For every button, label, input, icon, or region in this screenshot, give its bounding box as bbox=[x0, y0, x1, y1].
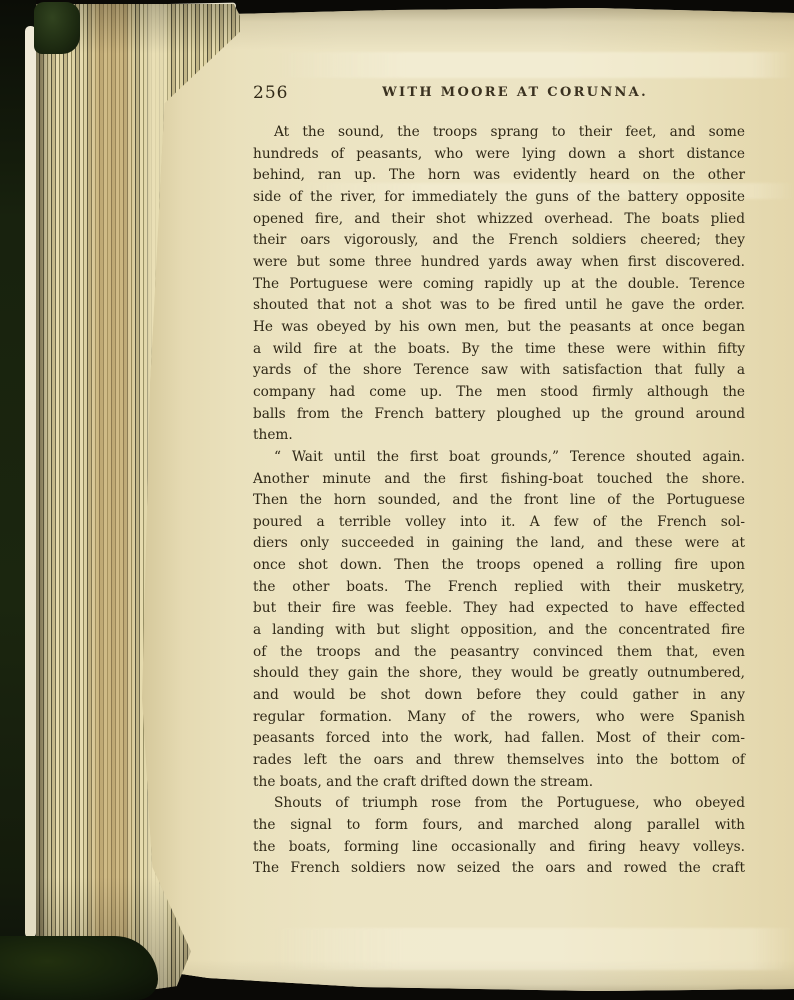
book-cover-corner-bottom bbox=[0, 936, 158, 1000]
page-header: 256 WITH MOORE AT CORUNNA. bbox=[253, 82, 745, 104]
text-line: poured a terrible volley into it. A few … bbox=[253, 512, 745, 534]
text-line: should they gain the shore, they would b… bbox=[253, 663, 745, 685]
text-line: of the troops and the peasantry convince… bbox=[253, 642, 745, 664]
text-line: opened fire, and their shot whizzed over… bbox=[253, 209, 745, 231]
text-line: rades left the oars and threw themselves… bbox=[253, 750, 745, 772]
text-line: balls from the French battery ploughed u… bbox=[253, 404, 745, 426]
body-text: At the sound, the troops sprang to their… bbox=[253, 122, 745, 880]
text-line: the signal to form fours, and marched al… bbox=[253, 815, 745, 837]
text-line: a landing with but slight opposition, an… bbox=[253, 620, 745, 642]
text-line: Shouts of triumph rose from the Portugue… bbox=[253, 793, 745, 815]
running-header: WITH MOORE AT CORUNNA. bbox=[269, 82, 761, 104]
text-line: hundreds of peasants, who were lying dow… bbox=[253, 144, 745, 166]
text-line: At the sound, the troops sprang to their… bbox=[253, 122, 745, 144]
text-block: 256 WITH MOORE AT CORUNNA. At the sound,… bbox=[253, 0, 745, 1000]
text-line: He was obeyed by his own men, but the pe… bbox=[253, 317, 745, 339]
text-line: company had come up. The men stood firml… bbox=[253, 382, 745, 404]
text-line: once shot down. Then the troops opened a… bbox=[253, 555, 745, 577]
text-line: the other boats. The French replied with… bbox=[253, 577, 745, 599]
book-cover-corner-top bbox=[34, 2, 80, 54]
text-line: the boats, forming line occasionally and… bbox=[253, 837, 745, 859]
text-line: regular formation. Many of the rowers, w… bbox=[253, 707, 745, 729]
text-line: The Portuguese were coming rapidly up at… bbox=[253, 274, 745, 296]
text-line: them. bbox=[253, 425, 745, 447]
text-line: side of the river, for immediately the g… bbox=[253, 187, 745, 209]
text-line: behind, ran up. The horn was evidently h… bbox=[253, 165, 745, 187]
text-line: The French soldiers now seized the oars … bbox=[253, 858, 745, 880]
text-line: the boats, and the craft drifted down th… bbox=[253, 772, 745, 794]
scanned-book-photo: 256 WITH MOORE AT CORUNNA. At the sound,… bbox=[0, 0, 794, 1000]
text-line: yards of the shore Terence saw with sati… bbox=[253, 360, 745, 382]
text-line: Another minute and the first fishing-boa… bbox=[253, 469, 745, 491]
fore-edge-highlight bbox=[25, 26, 36, 938]
text-line: and would be shot down before they could… bbox=[253, 685, 745, 707]
text-line: were but some three hundred yards away w… bbox=[253, 252, 745, 274]
text-line: peasants forced into the work, had falle… bbox=[253, 728, 745, 750]
text-line: diers only succeeded in gaining the land… bbox=[253, 533, 745, 555]
text-line: their oars vigorously, and the French so… bbox=[253, 230, 745, 252]
text-line: “ Wait until the first boat grounds,” Te… bbox=[253, 447, 745, 469]
text-line: Then the horn sounded, and the front lin… bbox=[253, 490, 745, 512]
text-line: a wild fire at the boats. By the time th… bbox=[253, 339, 745, 361]
text-line: shouted that not a shot was to be fired … bbox=[253, 295, 745, 317]
text-line: but their fire was feeble. They had expe… bbox=[253, 598, 745, 620]
